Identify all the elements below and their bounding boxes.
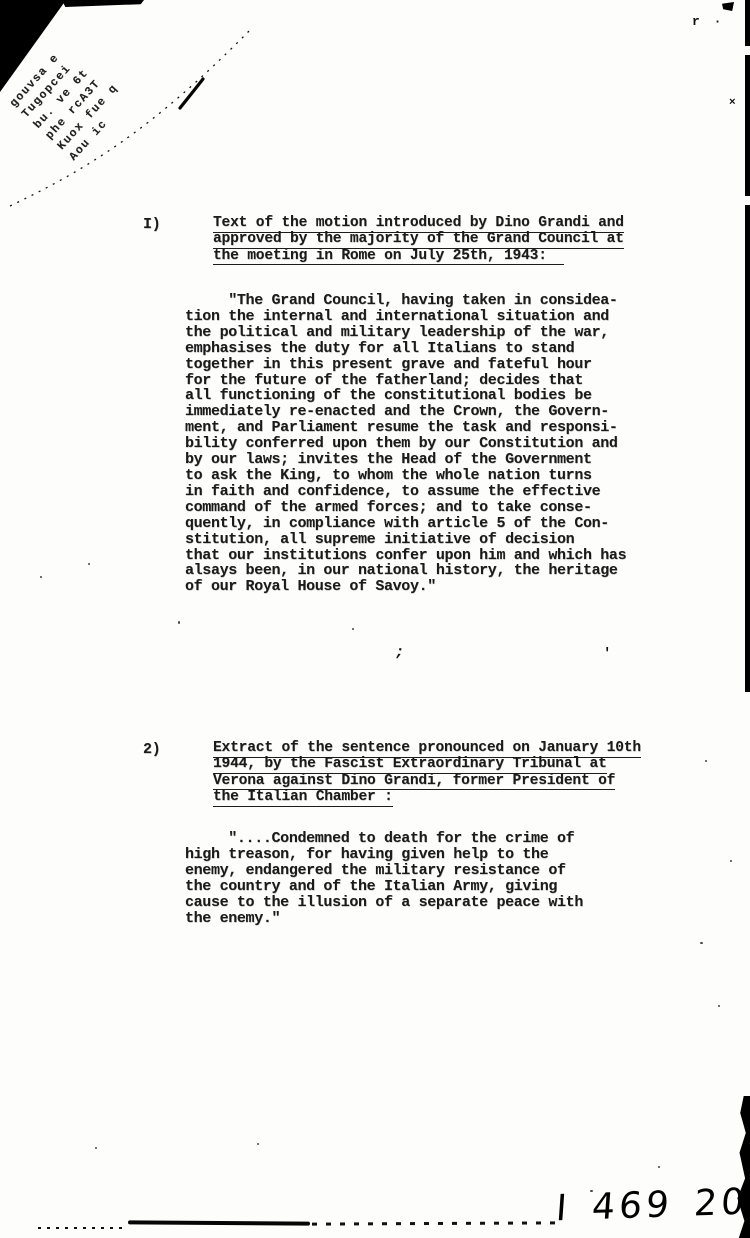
text-line: quently, in compliance with article 5 of… [185, 516, 626, 532]
text-line: immediately re-enacted and the Crown, th… [185, 404, 626, 420]
text-line: stitution, all supreme initiative of dec… [185, 532, 626, 548]
stray-mark-top-right: r · [692, 14, 724, 29]
ink-speck [257, 1143, 259, 1145]
section-2-heading: Extract of the sentence pronounced on Ja… [213, 740, 641, 806]
scan-bottom-edge-dots [38, 1227, 128, 1229]
text-line: tion the internal and international situ… [185, 309, 626, 325]
stray-mark-mid-apostrophe: ' [603, 646, 611, 662]
ink-speck [718, 1005, 720, 1007]
scanned-document-page: gouvsa eTugopceibu. ve 6tphe rcA3TKuox f… [0, 0, 750, 1238]
ink-speck [700, 942, 703, 944]
section-1-label: I) [143, 216, 161, 233]
text-line: 1944, by the Fascist Extraordinary Tribu… [213, 756, 641, 772]
text-line: enemy, endangered the military resistanc… [185, 863, 583, 879]
section-2-body: "....Condemned to death for the crime of… [185, 831, 583, 926]
ink-speck [658, 1166, 660, 1168]
text-line: the Italian Chamber : [213, 789, 641, 805]
text-line: the moeting in Rome on July 25th, 1943: [213, 248, 624, 264]
scan-bottom-edge-dashes [312, 1221, 560, 1225]
text-line: bility conferred upon them by our Consti… [185, 436, 626, 452]
text-line: that our institutions confer upon him an… [185, 548, 626, 564]
section-1-body: "The Grand Council, having taken in cons… [185, 293, 626, 595]
ink-speck [730, 860, 732, 862]
text-line: to ask the King, to whom the whole natio… [185, 468, 626, 484]
ink-speck [178, 621, 180, 624]
text-line: together in this present grave and fatef… [185, 357, 626, 373]
stray-mark-mid-semicolon: ; [393, 643, 405, 662]
section-1-heading: Text of the motion introduced by Dino Gr… [213, 215, 624, 264]
handwritten-reference: I 469 2088 [555, 1180, 750, 1230]
scan-edge-notch [745, 196, 750, 205]
scan-edge-notch [745, 46, 750, 55]
text-line: command of the armed forces; and to take… [185, 500, 626, 516]
text-line: Extract of the sentence pronounced on Ja… [213, 740, 641, 756]
text-line: by our laws; invites the Head of the Gov… [185, 452, 626, 468]
text-line: ment, and Parliament resume the task and… [185, 420, 626, 436]
ink-speck [88, 563, 90, 565]
text-line: approved by the majority of the Grand Co… [213, 231, 624, 247]
text-line: Text of the motion introduced by Dino Gr… [213, 215, 624, 231]
text-line: in faith and confidence, to assume the e… [185, 484, 626, 500]
scan-top-edge-mark [62, 0, 144, 7]
scan-bottom-edge-line [128, 1220, 310, 1225]
text-line: high treason, for having given help to t… [185, 847, 583, 863]
text-line: of our Royal House of Savoy." [185, 579, 626, 595]
text-line: for the future of the fatherland; decide… [185, 373, 626, 389]
text-line: emphasises the duty for all Italians to … [185, 341, 626, 357]
text-line: all functioning of the constitutional bo… [185, 388, 626, 404]
section-2-label: 2) [143, 741, 161, 758]
stray-mark-right-x: × [729, 97, 736, 109]
text-line: the political and military leadership of… [185, 325, 626, 341]
ink-speck [95, 1147, 97, 1149]
text-line: "The Grand Council, having taken in cons… [185, 293, 626, 309]
text-line: cause to the illusion of a separate peac… [185, 895, 583, 911]
text-line: "....Condemned to death for the crime of [185, 831, 583, 847]
text-line: the country and of the Italian Army, giv… [185, 879, 583, 895]
ink-speck [705, 760, 707, 762]
text-line: Verona against Dino Grandi, former Presi… [213, 773, 641, 789]
scan-right-edge-strip [745, 0, 750, 692]
ink-speck [352, 628, 354, 630]
text-line: the enemy." [185, 911, 583, 927]
text-line: alsays been, in our national history, th… [185, 563, 626, 579]
ink-speck [40, 576, 42, 578]
scan-top-right-mark [722, 2, 734, 11]
